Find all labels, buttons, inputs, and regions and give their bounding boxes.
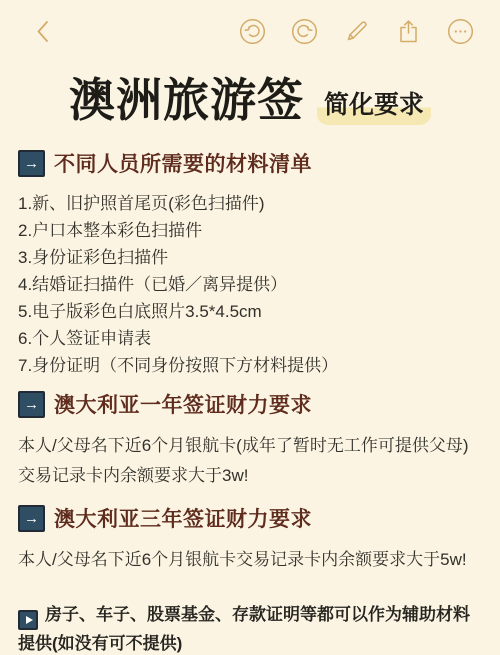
list-item: 3.身份证彩色扫描件	[18, 244, 482, 271]
title-badge: 简化要求	[317, 90, 431, 125]
page-title-row: 澳洲旅游签 简化要求	[0, 64, 500, 126]
section-materials-title: 不同人员所需要的材料清单	[54, 148, 312, 178]
list-item: 2.户口本整本彩色扫描件	[18, 217, 482, 244]
toolbar-actions	[239, 18, 474, 45]
play-icon	[18, 610, 38, 630]
arrow-right-icon: →	[18, 391, 45, 418]
section-one-year-title: 澳大利亚一年签证财力要求	[54, 389, 312, 419]
edit-button[interactable]	[343, 18, 370, 45]
footnote-text: 房子、车子、股票基金、存款证明等都可以作为辅助材料提供(如没有可不提供)	[18, 605, 470, 653]
section-one-year-header: → 澳大利亚一年签证财力要求	[18, 389, 482, 419]
list-item: 5.电子版彩色白底照片3.5*4.5cm	[18, 298, 482, 325]
section-materials-header: → 不同人员所需要的材料清单	[18, 148, 482, 178]
share-button[interactable]	[395, 18, 422, 45]
footnote: 房子、车子、股票基金、存款证明等都可以作为辅助材料提供(如没有可不提供)	[18, 601, 486, 655]
three-year-requirements: 本人/父母名下近6个月银航卡交易记录卡内余额要求大于5w!	[18, 545, 482, 575]
one-year-requirements: 本人/父母名下近6个月银航卡(成年了暂时无工作可提供父母) 交易记录卡内余额要求…	[18, 431, 482, 491]
list-item: 6.个人签证申请表	[18, 325, 482, 352]
redo-button[interactable]	[291, 18, 318, 45]
section-three-year-title: 澳大利亚三年签证财力要求	[54, 503, 312, 533]
arrow-right-icon: →	[18, 150, 45, 177]
paragraph-line: 交易记录卡内余额要求大于3w!	[18, 461, 482, 491]
list-item: 7.身份证明（不同身份按照下方材料提供）	[18, 352, 482, 379]
undo-button[interactable]	[239, 18, 266, 45]
paragraph-line: 本人/父母名下近6个月银航卡交易记录卡内余额要求大于5w!	[18, 545, 482, 575]
chevron-left-icon	[30, 18, 57, 45]
paragraph-line: 本人/父母名下近6个月银航卡(成年了暂时无工作可提供父母)	[18, 431, 482, 461]
more-button[interactable]	[447, 18, 474, 45]
toolbar	[0, 0, 500, 46]
ellipsis-icon	[447, 18, 474, 45]
note-content: → 不同人员所需要的材料清单 1.新、旧护照首尾页(彩色扫描件) 2.户口本整本…	[0, 148, 500, 655]
undo-icon	[239, 18, 266, 45]
back-button[interactable]	[30, 18, 57, 45]
redo-icon	[291, 18, 318, 45]
pencil-icon	[343, 18, 370, 45]
page-title: 澳洲旅游签	[69, 75, 304, 126]
section-three-year-header: → 澳大利亚三年签证财力要求	[18, 503, 482, 533]
materials-list: 1.新、旧护照首尾页(彩色扫描件) 2.户口本整本彩色扫描件 3.身份证彩色扫描…	[18, 190, 482, 379]
arrow-right-icon: →	[18, 505, 45, 532]
list-item: 1.新、旧护照首尾页(彩色扫描件)	[18, 190, 482, 217]
list-item: 4.结婚证扫描件（已婚／离异提供）	[18, 271, 482, 298]
share-icon	[395, 18, 422, 45]
